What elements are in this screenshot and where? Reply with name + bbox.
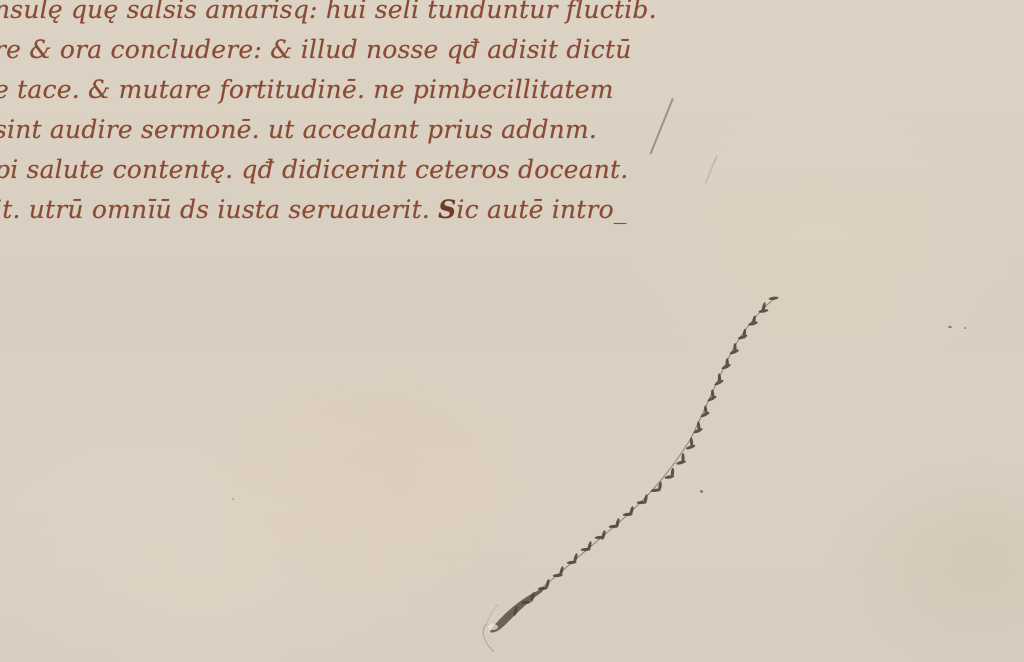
- text-line-1: nsulę quę salsis amarisq: hui seli tundu…: [0, 0, 694, 30]
- manuscript-text: nsulę quę salsis amarisq: hui seli tundu…: [0, 0, 694, 230]
- ink-speck: [964, 327, 966, 329]
- text-line-3: e tace. & mutare fortitudinē. ne pimbeci…: [0, 70, 694, 110]
- text-line-5: pi salute contentę. qđ didicerint cetero…: [0, 150, 694, 190]
- text-line-6-start: it. utrū omnīū ds iusta seruauerit.: [0, 195, 438, 224]
- text-line-2: re & ora concludere: & illud nosse qđ ad…: [0, 30, 694, 70]
- decorated-initial: S: [438, 195, 456, 224]
- ink-speck: [948, 326, 952, 328]
- ink-speck: [700, 490, 703, 493]
- text-line-6-end: ic autē intro_: [456, 195, 626, 224]
- text-line-4: sint audire sermonē. ut accedant prius a…: [0, 110, 694, 150]
- text-line-6: it. utrū omnīū ds iusta seruauerit. Sic …: [0, 190, 694, 230]
- ink-speck: [232, 498, 234, 500]
